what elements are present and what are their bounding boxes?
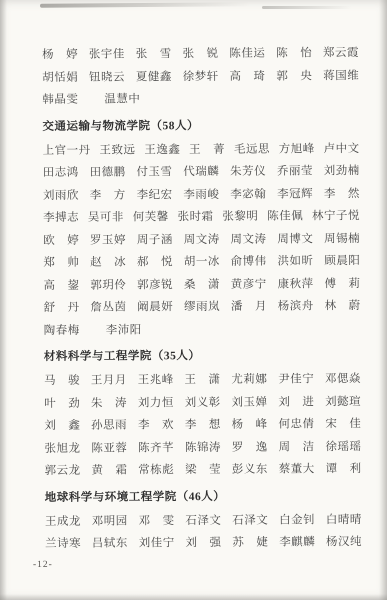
- person-name: 李 欢: [138, 414, 174, 437]
- person-name: 刘雨欣: [43, 184, 79, 207]
- scan-edge-shadow-bottom: [0, 594, 387, 600]
- person-name: 李麒麟: [279, 531, 315, 554]
- person-name: 朱芳仪: [230, 161, 266, 184]
- person-name: 乔丽莹: [277, 160, 313, 183]
- name-row: 舒 丹詹丛茵阚晨妍缪雨岚潘 月杨滨舟林 蔚: [44, 295, 361, 319]
- person-name: 詹丛茵: [90, 296, 126, 319]
- name-row: 叶 劲朱 涛刘力恒刘义彰刘玉婵刘 进刘懿瑄: [44, 391, 361, 415]
- person-name: 何忠倩: [278, 413, 314, 436]
- name-row: 兰诗寒吕轼东刘佳宁刘 强苏 婕李麒麟杨汉纯: [45, 531, 362, 555]
- person-name: 李搏志: [43, 207, 79, 230]
- person-name: 石泽文: [185, 509, 221, 532]
- person-name: 毛远思: [234, 138, 270, 161]
- person-name: 王兆峰: [138, 369, 174, 392]
- name-row: 杨 婷张宇佳张 雪张 锐陈佳运陈 怡郑云霞: [42, 42, 359, 66]
- person-name: 林 蔚: [325, 295, 361, 318]
- person-name: 刘玉婵: [231, 391, 267, 414]
- section-heading: 地球科学与环境工程学院（46人）: [45, 481, 362, 511]
- scan-edge-shadow-left: [0, 0, 7, 600]
- person-name: 欧 婷: [43, 229, 79, 252]
- person-name: 赵 冰: [90, 251, 126, 274]
- person-name: 张时霜: [177, 206, 213, 229]
- person-name: 杨 峰: [232, 414, 268, 437]
- name-row: 刘 鑫孙思雨李 欢李 想杨 峰何忠倩宋 佳: [44, 413, 361, 437]
- person-name: 陈锦涛: [185, 436, 221, 459]
- person-name: 周子涵: [137, 229, 173, 252]
- person-name: 孙思雨: [91, 414, 127, 437]
- person-name: 王逸鑫: [144, 139, 180, 162]
- name-row: 张旭龙陈亚蓉陈齐芊陈锦涛罗 逸周 洁徐瑶瑶: [44, 436, 361, 460]
- name-row: 胡恬娟钮晓云夏健鑫徐梦轩高 琦郭 央蒋国维: [42, 65, 359, 89]
- person-name: 傅 莉: [324, 273, 360, 296]
- person-name: 李雨峻: [183, 183, 219, 206]
- person-name: 马 骏: [44, 370, 80, 393]
- person-name: 邓偲焱: [325, 368, 361, 391]
- person-name: 郭云龙: [45, 460, 81, 483]
- person-name: 代瑞麟: [183, 161, 219, 184]
- person-name: 周博文: [277, 228, 313, 251]
- person-name: 付玉雪: [136, 161, 172, 184]
- person-name: 王 潇: [184, 369, 220, 392]
- person-name: 康秋萍: [278, 273, 314, 296]
- person-name: 郝 悦: [137, 251, 173, 274]
- person-name: 罗 逸: [232, 436, 268, 459]
- person-name: 潘 月: [231, 296, 267, 319]
- person-name: 白金钊: [279, 509, 315, 532]
- person-name: 苏 婕: [232, 532, 268, 555]
- person-name: 梁 莹: [185, 459, 221, 482]
- person-name: 陈佳佩: [267, 205, 303, 228]
- name-row: 欧 婷罗玉婷周子涵周文涛周文涛周博文周锡楠: [43, 228, 360, 252]
- name-row: 郭云龙黄 霜常栋彪梁 莹彭义东蔡董大谭 利: [45, 458, 362, 482]
- person-name: 吴可非: [88, 207, 124, 230]
- person-name: 黄 霜: [91, 459, 127, 482]
- person-name: 刘 进: [278, 391, 314, 414]
- person-name: 陈亚蓉: [91, 437, 127, 460]
- person-name: 刘 鑫: [44, 415, 80, 438]
- person-name: 兰诗寒: [45, 533, 81, 556]
- person-name: 李沛阳: [106, 319, 142, 342]
- person-name: 夏健鑫: [136, 66, 172, 89]
- name-row: 郑 帅赵 冰郝 悦胡一冰俞博伟洪如昕顾晨阳: [43, 250, 360, 274]
- person-name: 彭义东: [232, 459, 268, 482]
- person-name: 宋 佳: [325, 413, 361, 436]
- person-name: 陈佳运: [229, 43, 265, 66]
- person-name: 朱 涛: [91, 392, 127, 415]
- person-name: 刘佳宁: [139, 532, 175, 555]
- person-name: 韩晶雯: [42, 89, 78, 112]
- person-name: 谭 利: [326, 458, 362, 481]
- person-name: 钮晓云: [89, 66, 125, 89]
- person-name: 吕轼东: [92, 532, 128, 555]
- person-name: 桑 潇: [184, 273, 220, 296]
- person-name: 刘懿瑄: [325, 391, 361, 414]
- person-name: 胡恬娟: [42, 66, 78, 89]
- name-row: 陶春梅李沛阳: [44, 318, 361, 342]
- person-name: 郑 帅: [43, 252, 79, 275]
- name-row: 王成龙邓明园邓 雯石泽文石泽文白金钊白晴晴: [45, 509, 362, 533]
- name-row: 高 鋆郭玥伶郭彦锐桑 潇黄彦宁康秋萍傅 莉: [43, 273, 360, 297]
- person-name: 周 洁: [279, 436, 315, 459]
- person-name: 蔡董大: [279, 458, 315, 481]
- person-name: 阚晨妍: [137, 296, 173, 319]
- person-name: 罗玉婷: [90, 229, 126, 252]
- person-name: 上官一丹: [43, 139, 91, 162]
- person-name: 徐梦轩: [183, 65, 219, 88]
- person-name: 陈齐芊: [138, 437, 174, 460]
- person-name: 洪如昕: [277, 250, 313, 273]
- person-name: 尤莉娜: [231, 369, 267, 392]
- scan-smudge-top: [262, 6, 352, 9]
- person-name: 张旭龙: [44, 437, 80, 460]
- person-name: 蒋国维: [323, 65, 359, 88]
- person-name: 李 方: [90, 184, 126, 207]
- name-row: 韩晶雯温慧中: [42, 87, 359, 111]
- person-name: 李 然: [324, 183, 360, 206]
- person-name: 徐瑶瑶: [325, 436, 361, 459]
- person-name: 邓 雯: [139, 510, 175, 533]
- person-name: 王月月: [91, 369, 127, 392]
- person-name: 胡一冰: [184, 251, 220, 274]
- person-name: 尹佳宁: [278, 368, 314, 391]
- person-name: 王致远: [99, 139, 135, 162]
- person-name: 陈 怡: [276, 42, 312, 65]
- person-name: 张黎明: [222, 206, 258, 229]
- person-name: 石泽文: [232, 509, 268, 532]
- person-name: 郭玥伶: [90, 274, 126, 297]
- person-name: 卢中文: [324, 138, 360, 161]
- name-row: 田志鸿田德鹏付玉雪代瑞麟朱芳仪乔丽莹刘劲楠: [43, 160, 360, 184]
- person-name: 俞博伟: [231, 251, 267, 274]
- name-row: 刘雨欣李 方李纪宏李雨峻李宓翰李冠辉李 然: [43, 183, 360, 207]
- person-name: 周锡楠: [324, 228, 360, 251]
- person-name: 何芙馨: [133, 206, 169, 229]
- person-name: 田志鸿: [43, 162, 79, 185]
- scan-edge-shadow-right: [379, 0, 387, 600]
- person-name: 杨汉纯: [326, 531, 362, 554]
- section-heading: 材料科学与工程学院（35人）: [44, 340, 361, 370]
- name-row: 李搏志吴可非何芙馨张时霜张黎明陈佳佩林宁子悦: [43, 205, 360, 229]
- person-name: 田德鹏: [90, 161, 126, 184]
- person-name: 李 想: [185, 414, 221, 437]
- person-name: 缪雨岚: [184, 296, 220, 319]
- person-name: 王 菁: [189, 138, 225, 161]
- person-name: 温慧中: [104, 88, 140, 111]
- name-row: 马 骏王月月王兆峰王 潇尤莉娜尹佳宁邓偲焱: [44, 368, 361, 392]
- person-name: 林宁子悦: [312, 205, 360, 228]
- person-name: 张 雪: [136, 43, 172, 66]
- name-row: 上官一丹王致远王逸鑫王 菁毛远思方旭峰卢中文: [43, 138, 360, 162]
- person-name: 顾晨阳: [324, 250, 360, 273]
- person-name: 周文涛: [184, 228, 220, 251]
- person-name: 刘力恒: [138, 392, 174, 415]
- person-name: 白晴晴: [326, 509, 362, 532]
- person-name: 刘义彰: [185, 391, 221, 414]
- name-roster: 杨 婷张宇佳张 雪张 锐陈佳运陈 怡郑云霞胡恬娟钮晓云夏健鑫徐梦轩高 琦郭 央蒋…: [42, 42, 362, 555]
- person-name: 常栋彪: [138, 459, 174, 482]
- person-name: 张宇佳: [89, 43, 125, 66]
- person-name: 李宓翰: [230, 183, 266, 206]
- person-name: 高 琦: [229, 65, 265, 88]
- scan-smudge-top: [40, 2, 250, 7]
- person-name: 张 锐: [182, 43, 218, 66]
- page-number: -12-: [33, 560, 53, 570]
- person-name: 李纪宏: [137, 184, 173, 207]
- section-heading: 交通运输与物流学院（58人）: [42, 110, 359, 140]
- person-name: 邓明园: [92, 510, 128, 533]
- person-name: 周文涛: [230, 228, 266, 251]
- person-name: 陶春梅: [44, 319, 80, 342]
- person-name: 郭彦锐: [137, 274, 173, 297]
- person-name: 黄彦宁: [231, 273, 267, 296]
- person-name: 叶 劲: [44, 392, 80, 415]
- person-name: 舒 丹: [44, 297, 80, 320]
- person-name: 刘劲楠: [324, 160, 360, 183]
- person-name: 杨 婷: [42, 44, 78, 67]
- person-name: 方旭峰: [279, 138, 315, 161]
- person-name: 杨滨舟: [278, 295, 314, 318]
- person-name: 高 鋆: [43, 274, 79, 297]
- person-name: 郑云霞: [323, 42, 359, 65]
- person-name: 李冠辉: [277, 183, 313, 206]
- person-name: 刘 强: [185, 532, 221, 555]
- person-name: 郭 央: [276, 65, 312, 88]
- person-name: 王成龙: [45, 510, 81, 533]
- scanned-document-page: 杨 婷张宇佳张 雪张 锐陈佳运陈 怡郑云霞胡恬娟钮晓云夏健鑫徐梦轩高 琦郭 央蒋…: [0, 0, 387, 600]
